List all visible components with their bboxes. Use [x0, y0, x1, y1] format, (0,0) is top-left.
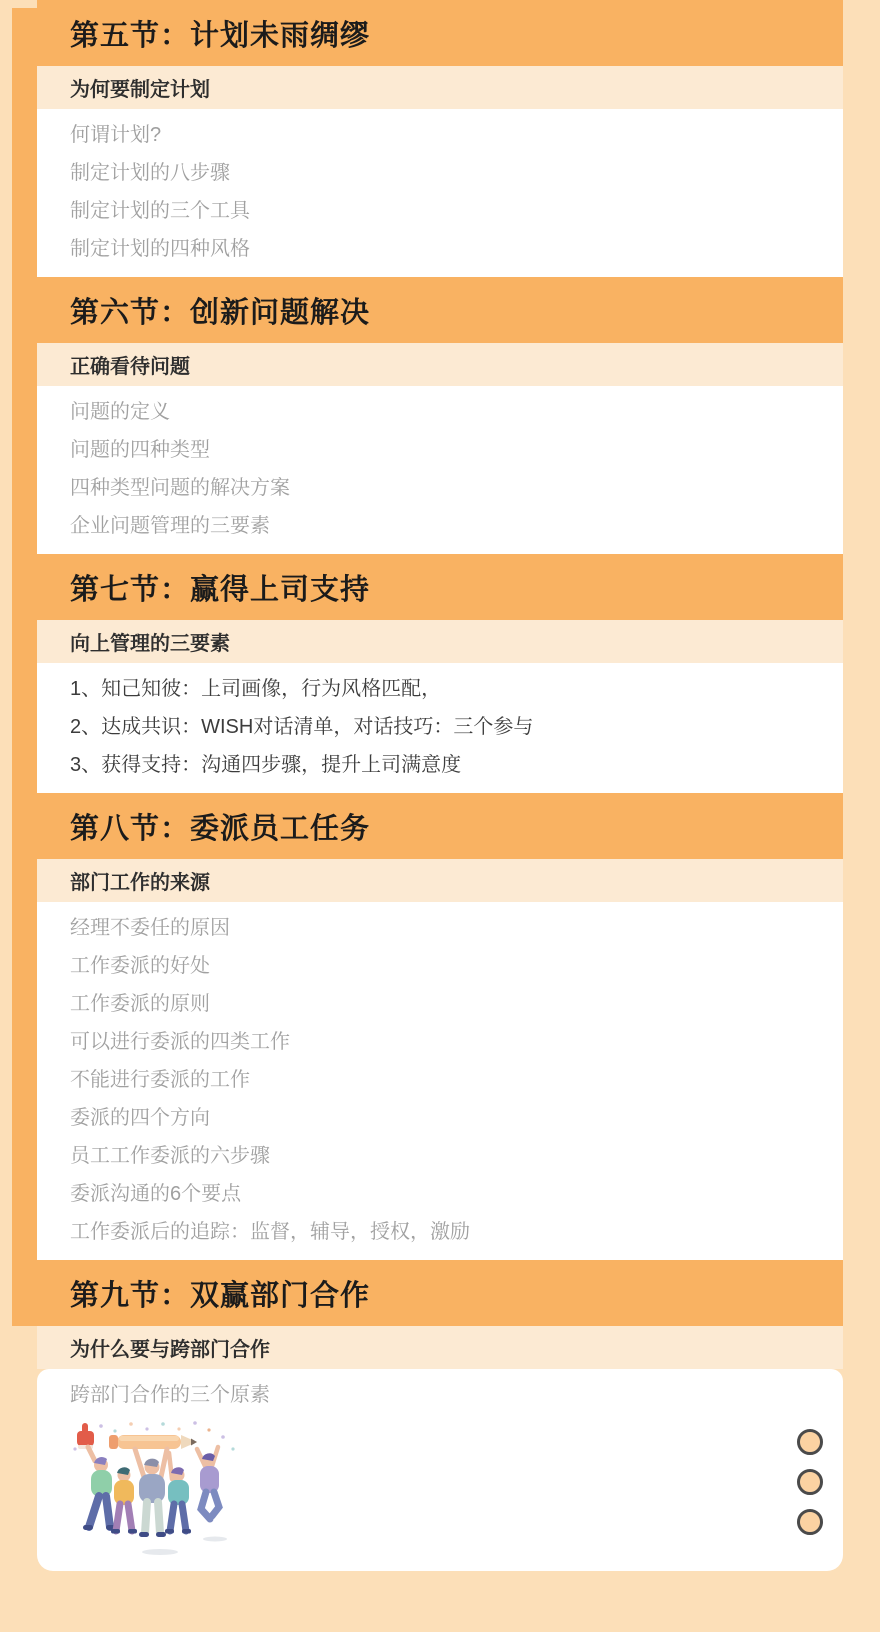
circle-icon[interactable]	[797, 1469, 823, 1495]
topic-row: 1、知己知彼：上司画像，行为风格匹配，	[37, 667, 843, 705]
section-5-subheader-row: 为何要制定计划	[37, 66, 843, 109]
section-5: 第五节：计划未雨绸缪 为何要制定计划 何谓计划? 制定计划的八步骤 制定计划的三…	[37, 0, 843, 277]
course-outline: 第五节：计划未雨绸缪 为何要制定计划 何谓计划? 制定计划的八步骤 制定计划的三…	[37, 0, 843, 1571]
topic-row: 工作委派后的追踪：监督，辅导，授权，激励	[37, 1210, 843, 1248]
topic-row: 制定计划的八步骤	[37, 151, 843, 189]
topic-row: 经理不委任的原因	[37, 906, 843, 944]
section-6-header: 第六节：创新问题解决	[37, 277, 843, 343]
section-9-header: 第九节：双赢部门合作	[37, 1260, 843, 1326]
circle-icon[interactable]	[797, 1429, 823, 1455]
pencil	[109, 1435, 197, 1449]
section-9-card: 跨部门合作的三个原素	[37, 1369, 843, 1571]
topic-row: 不能进行委派的工作	[37, 1058, 843, 1096]
section-8-header: 第八节：委派员工任务	[37, 793, 843, 859]
topic-row: 工作委派的好处	[37, 944, 843, 982]
section-6-topic-list: 问题的定义 问题的四种类型 四种类型问题的解决方案 企业问题管理的三要素	[37, 386, 843, 554]
topic-row: 3、获得支持：沟通四步骤，提升上司满意度	[37, 743, 843, 781]
topic-row: 员工工作委派的六步骤	[37, 1134, 843, 1172]
topic-row: 制定计划的三个工具	[37, 189, 843, 227]
section-8-subheader-row: 部门工作的来源	[37, 859, 843, 902]
foam-finger	[77, 1423, 94, 1449]
section-7-subheader-row: 向上管理的三要素	[37, 620, 843, 663]
topic-row: 可以进行委派的四类工作	[37, 1020, 843, 1058]
topic-row: 何谓计划?	[37, 113, 843, 151]
section-9-subheader-row: 为什么要与跨部门合作	[37, 1326, 843, 1369]
section-6-subheader-row: 正确看待问题	[37, 343, 843, 386]
topic-row: 2、达成共识：WISH对话清单，对话技巧：三个参与	[37, 705, 843, 743]
section-7-header: 第七节：赢得上司支持	[37, 554, 843, 620]
section-8-topic-list: 经理不委任的原因 工作委派的好处 工作委派的原则 可以进行委派的四类工作 不能进…	[37, 902, 843, 1260]
section-5-topic-list: 何谓计划? 制定计划的八步骤 制定计划的三个工具 制定计划的四种风格	[37, 109, 843, 277]
topic-row: 企业问题管理的三要素	[37, 504, 843, 542]
team-celebration-illustration	[65, 1419, 245, 1559]
topic-row: 委派的四个方向	[37, 1096, 843, 1134]
section-6: 第六节：创新问题解决 正确看待问题 问题的定义 问题的四种类型 四种类型问题的解…	[37, 277, 843, 554]
section-9: 第九节：双赢部门合作 为什么要与跨部门合作 跨部门合作的三个原素	[37, 1260, 843, 1571]
topic-row: 四种类型问题的解决方案	[37, 466, 843, 504]
topic-row: 委派沟通的6个要点	[37, 1172, 843, 1210]
section-7: 第七节：赢得上司支持 向上管理的三要素 1、知己知彼：上司画像，行为风格匹配， …	[37, 554, 843, 793]
section-5-header: 第五节：计划未雨绸缪	[37, 0, 843, 66]
circle-icon[interactable]	[797, 1509, 823, 1535]
topic-row: 跨部门合作的三个原素	[37, 1373, 843, 1411]
topic-row: 工作委派的原则	[37, 982, 843, 1020]
topic-row: 问题的四种类型	[37, 428, 843, 466]
section-7-topic-list: 1、知己知彼：上司画像，行为风格匹配， 2、达成共识：WISH对话清单，对话技巧…	[37, 663, 843, 793]
topic-row: 问题的定义	[37, 390, 843, 428]
section-8: 第八节：委派员工任务 部门工作的来源 经理不委任的原因 工作委派的好处 工作委派…	[37, 793, 843, 1260]
topic-row: 制定计划的四种风格	[37, 227, 843, 265]
circle-button-stack	[797, 1429, 823, 1535]
